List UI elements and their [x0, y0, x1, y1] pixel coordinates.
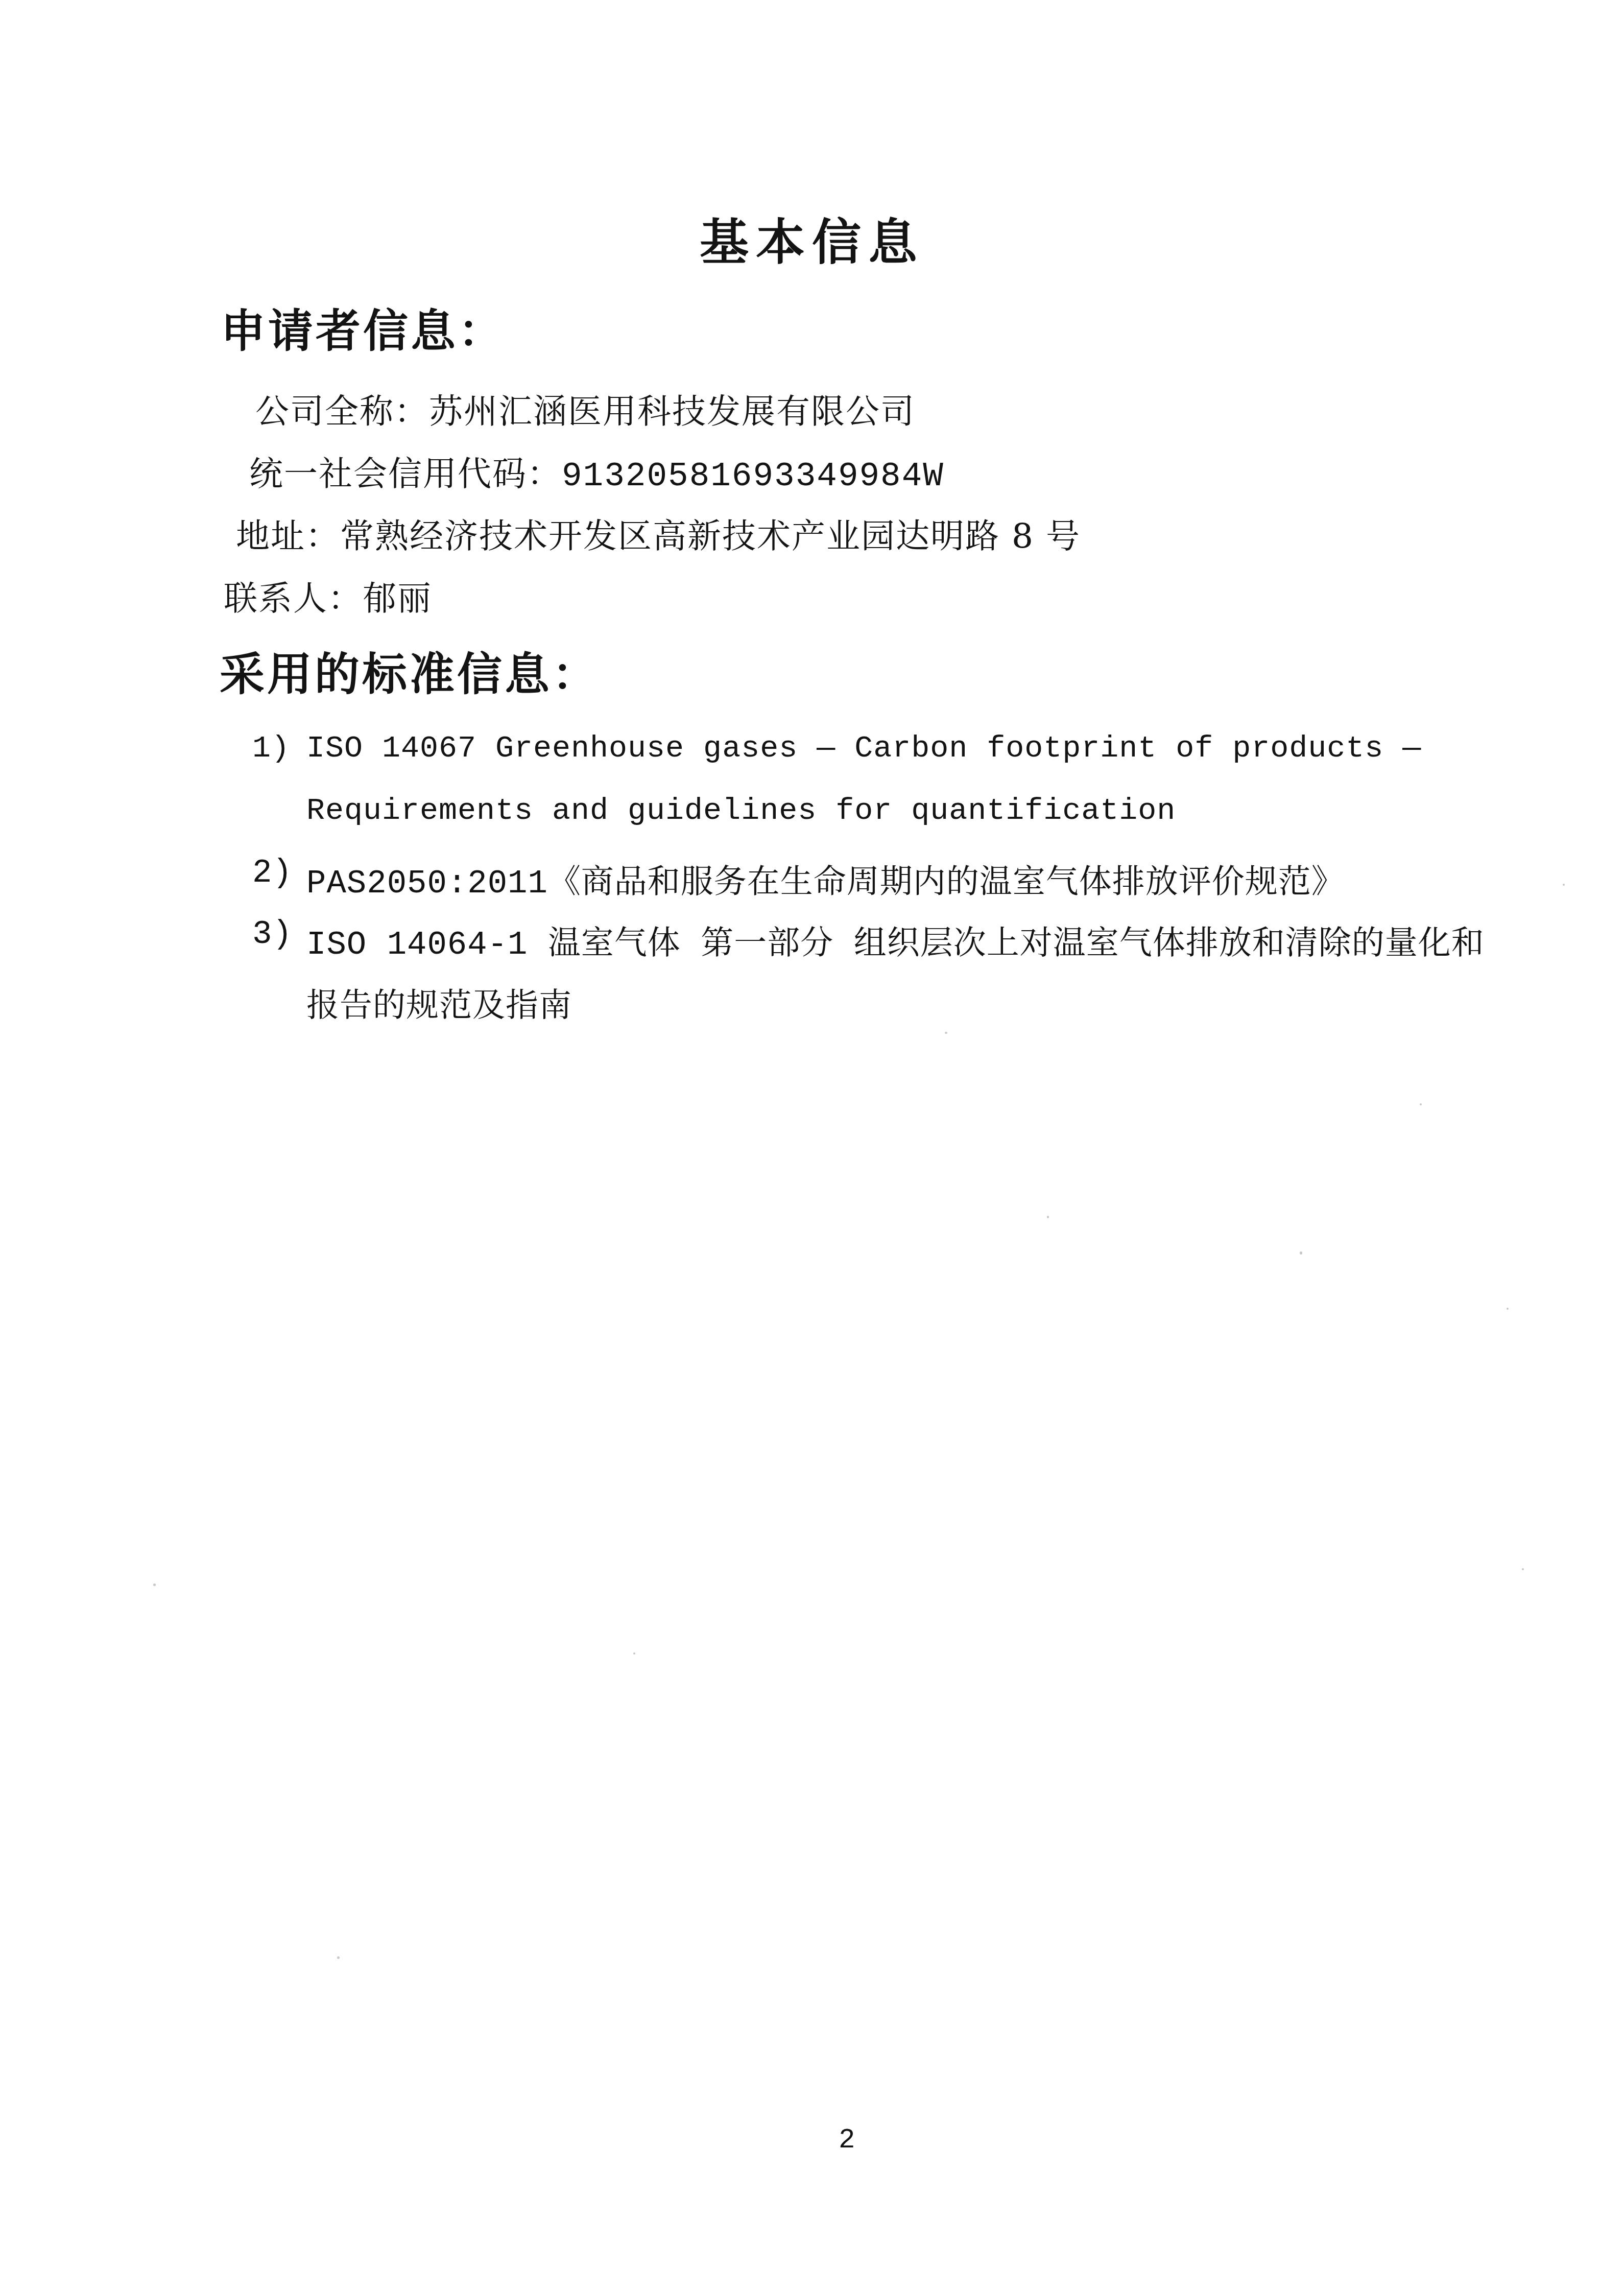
scan-speck: [1522, 1568, 1524, 1570]
scan-speck: [1047, 1216, 1049, 1218]
standard-item-1-line-2: Requirements and guidelines for quantifi…: [306, 794, 1176, 829]
scan-speck: [153, 1583, 156, 1586]
standard-item-3-line-1: 3) ISO 14064-1 温室气体 第一部分 组织层次上对温室气体排放和清除…: [252, 916, 1485, 964]
standard-item-3-line-2: 报告的规范及指南: [306, 979, 572, 1026]
field-contact-person-label: 联系人：: [224, 579, 363, 618]
field-credit-code-value: 91320581693349984W: [562, 457, 944, 495]
standard-item-3-number: 3): [252, 916, 293, 953]
scan-speck: [1420, 1103, 1422, 1105]
field-address-label: 地址：: [236, 516, 340, 556]
field-company-name: 公司全称：苏州汇涵医用科技发展有限公司: [255, 384, 915, 433]
standard-item-1-number: 1): [252, 731, 290, 766]
standard-item-2-line-1: 2) PAS2050:2011《商品和服务在生命周期内的温室气体排放评价规范》: [252, 855, 1345, 903]
scan-speck: [945, 1032, 947, 1034]
document-page: 基本信息 申请者信息： 公司全称：苏州汇涵医用科技发展有限公司 统一社会信用代码…: [0, 0, 1624, 2293]
field-credit-code-label: 统一社会信用代码：: [249, 454, 562, 493]
page-title: 基本信息: [0, 203, 1624, 273]
scan-speck: [337, 1956, 340, 1959]
applicant-section-heading: 申请者信息：: [221, 295, 506, 360]
standard-item-3-text-continued: 报告的规范及指南: [306, 979, 572, 1026]
field-company-name-label: 公司全称：: [255, 392, 429, 431]
field-address-value: 常熟经济技术开发区高新技术产业园达明路 8 号: [340, 516, 1081, 556]
standard-item-1-text: ISO 14067 Greenhouse gases — Carbon foot…: [306, 731, 1421, 766]
standard-item-3-text: ISO 14064-1 温室气体 第一部分 组织层次上对温室气体排放和清除的量化…: [306, 916, 1485, 964]
scan-speck: [1300, 1251, 1302, 1255]
field-company-name-value: 苏州汇涵医用科技发展有限公司: [429, 392, 915, 431]
standard-item-2-number: 2): [252, 855, 293, 892]
field-address: 地址：常熟经济技术开发区高新技术产业园达明路 8 号: [236, 509, 1081, 557]
scan-speck: [1563, 884, 1565, 886]
standard-item-1-line-1: 1) ISO 14067 Greenhouse gases — Carbon f…: [252, 731, 1421, 766]
field-contact-person: 联系人：郁丽: [224, 571, 432, 620]
scan-speck: [633, 1652, 635, 1654]
scan-speck: [1507, 1308, 1509, 1310]
field-contact-person-value: 郁丽: [363, 579, 432, 618]
standards-section-heading: 采用的标准信息：: [220, 639, 600, 703]
standard-item-2-text: PAS2050:2011《商品和服务在生命周期内的温室气体排放评价规范》: [306, 855, 1345, 903]
standard-item-1-text-continued: Requirements and guidelines for quantifi…: [306, 794, 1176, 829]
page-number: 2: [839, 2125, 855, 2156]
field-credit-code: 统一社会信用代码：91320581693349984W: [249, 446, 944, 495]
